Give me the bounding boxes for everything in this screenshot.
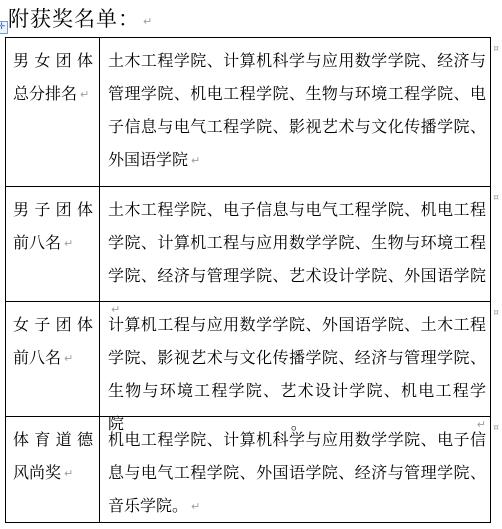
row-end-mark-icon: ¤	[493, 43, 499, 55]
row-content-cell[interactable]: 土木工程学院、计算机科学与应用数学学院、经济与 管理学院、机电工程学院、生物与环…	[100, 38, 490, 186]
document-title-line[interactable]: 附获奖名单：↵	[8, 4, 152, 34]
text-line: 学院、计算机工程与应用数学学院、生物与环境工程	[108, 226, 486, 259]
row-end-mark-icon: ¤	[493, 422, 499, 434]
table-row: 男女团体 总分排名↵ 土木工程学院、计算机科学与应用数学学院、经济与 管理学院、…	[6, 38, 490, 186]
table-row: 女子团体 前八名↵ 计算机工程与应用数学学院、外国语学院、土木工程 学院、影视艺…	[6, 301, 490, 416]
text-line: 计算机工程与应用数学学院、外国语学院、土木工程	[108, 308, 486, 341]
row-label-cell[interactable]: 男子团体 前八名↵	[6, 187, 100, 301]
paragraph-mark-icon: ↵	[64, 237, 73, 250]
text-line: 总分排名↵	[13, 77, 93, 111]
row-label-cell[interactable]: 男女团体 总分排名↵	[6, 38, 100, 186]
text-line: 外国语学院↵	[108, 143, 486, 177]
paragraph-mark-icon: ↵	[191, 154, 200, 167]
text-line: 前八名↵	[13, 341, 93, 375]
text-line: 学院、影视艺术与文化传播学院、经济与管理学院、	[108, 341, 486, 374]
row-end-mark-icon: ¤	[493, 192, 499, 204]
text-line: 管理学院、机电工程学院、生物与环境工程学院、电	[108, 77, 486, 110]
text-line: 子信息与电气工程学院、影视艺术与文化传播学院、	[108, 110, 486, 143]
text-line: 男女团体	[13, 44, 93, 77]
text-line: 土木工程学院、计算机科学与应用数学学院、经济与	[108, 44, 486, 77]
text-line: 风尚奖↵	[13, 456, 93, 490]
text-line: 女子团体	[13, 308, 93, 341]
paragraph-mark-icon: ↵	[80, 88, 89, 101]
text-line: 机电工程学院、计算机科学与应用数学学院、电子信	[108, 423, 486, 456]
text-line: 男子团体	[13, 193, 93, 226]
row-content-cell[interactable]: 计算机工程与应用数学学院、外国语学院、土木工程 学院、影视艺术与文化传播学院、经…	[100, 302, 490, 416]
paragraph-mark-icon: ↵	[191, 500, 200, 513]
table-move-handle-icon[interactable]: ✛	[0, 21, 8, 34]
row-label-cell[interactable]: 体育道德 风尚奖↵	[6, 417, 100, 522]
paragraph-mark-icon: ↵	[64, 352, 73, 365]
row-end-mark-icon: ¤	[493, 307, 499, 319]
row-content-cell[interactable]: 机电工程学院、计算机科学与应用数学学院、电子信 息与电气工程学院、外国语学院、经…	[100, 417, 490, 522]
text-line: 土木工程学院、电子信息与电气工程学院、机电工程	[108, 193, 486, 226]
table-row: 体育道德 风尚奖↵ 机电工程学院、计算机科学与应用数学学院、电子信 息与电气工程…	[6, 416, 490, 522]
paragraph-mark-icon: ↵	[143, 15, 152, 28]
awards-table: 男女团体 总分排名↵ 土木工程学院、计算机科学与应用数学学院、经济与 管理学院、…	[5, 37, 491, 523]
text-line: 息与电气工程学院、外国语学院、经济与管理学院、	[108, 456, 486, 489]
row-label-cell[interactable]: 女子团体 前八名↵	[6, 302, 100, 416]
text-line: 音乐学院。↵	[108, 489, 486, 523]
text-line: 前八名↵	[13, 226, 93, 260]
text-line: 体育道德	[13, 423, 93, 456]
paragraph-mark-icon: ↵	[64, 467, 73, 480]
row-content-cell[interactable]: 土木工程学院、电子信息与电气工程学院、机电工程 学院、计算机工程与应用数学学院、…	[100, 187, 490, 301]
table-row: 男子团体 前八名↵ 土木工程学院、电子信息与电气工程学院、机电工程 学院、计算机…	[6, 186, 490, 301]
page-title: 附获奖名单：	[8, 7, 140, 31]
